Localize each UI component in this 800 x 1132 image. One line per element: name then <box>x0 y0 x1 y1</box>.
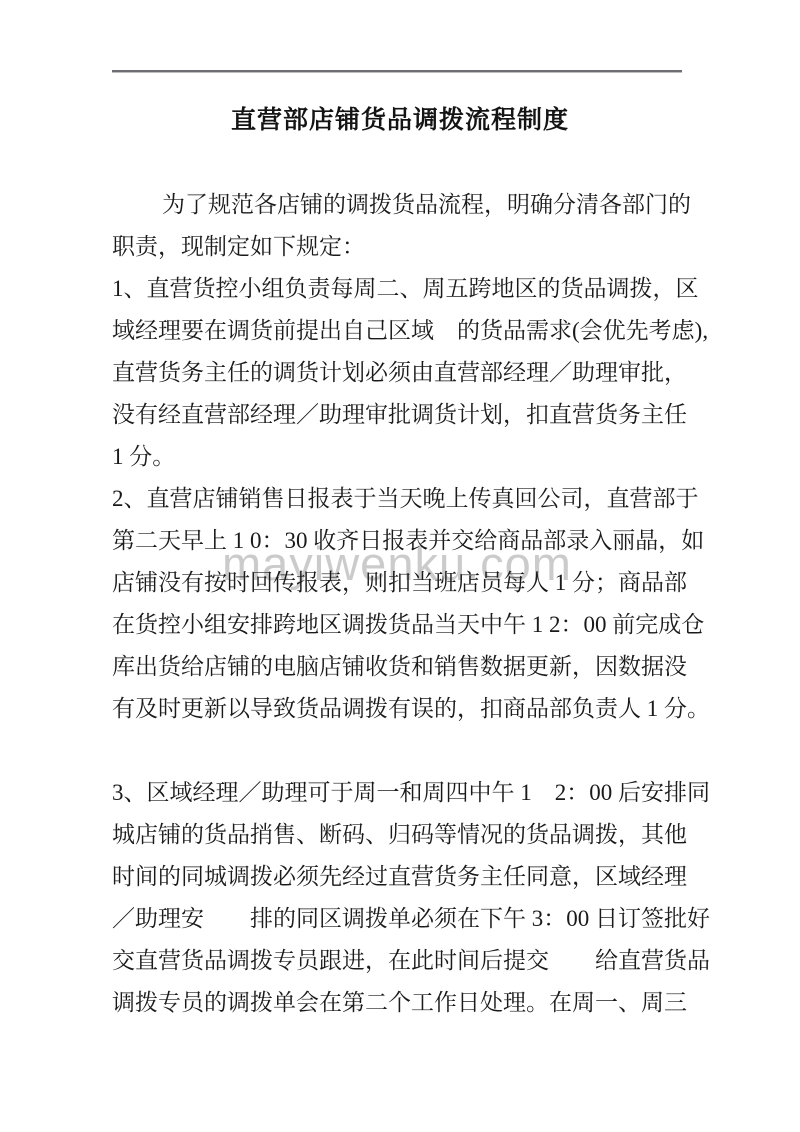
paragraph: 3、区域经理／助理可于周一和周四中午 1 2：00 后安排同城店铺的货品捎售、断… <box>112 772 688 1024</box>
text-line: 2、直营店铺销售日报表于当天晚上传真回公司，直营部于 <box>112 478 688 520</box>
text-line: 交直营货品调拨专员跟进，在此时间后提交 给直营货品 <box>112 940 688 982</box>
text-line: 店铺没有按时回传报表，则扣当班店员每人 1 分；商品部 <box>112 562 688 604</box>
header-rule <box>112 70 682 73</box>
text-line: 第二天早上 1 0：30 收齐日报表并交给商品部录入丽晶，如 <box>112 520 688 562</box>
text-line: 没有经直营部经理／助理审批调货计划，扣直营货务主任 <box>112 394 688 436</box>
text-line: 为了规范各店铺的调拨货品流程，明确分清各部门的 <box>112 184 688 226</box>
page-title: 直营部店铺货品调拨流程制度 <box>0 100 800 136</box>
text-line: 直营货务主任的调货计划必须由直营部经理／助理审批， <box>112 352 688 394</box>
text-line: 职责，现制定如下规定： <box>112 226 688 268</box>
text-line: 库出货给店铺的电脑店铺收货和销售数据更新，因数据没 <box>112 646 688 688</box>
paragraph: 1、直营货控小组负责每周二、周五跨地区的货品调拨，区域经理要在调货前提出自己区域… <box>112 268 688 478</box>
document-body: 为了规范各店铺的调拨货品流程，明确分清各部门的职责，现制定如下规定：1、直营货控… <box>112 184 688 1024</box>
text-line: 城店铺的货品捎售、断码、归码等情况的货品调拨，其他 <box>112 814 688 856</box>
text-line: 1、直营货控小组负责每周二、周五跨地区的货品调拨，区 <box>112 268 688 310</box>
text-line: 域经理要在调货前提出自己区域 的货品需求(会优先考虑), <box>112 310 688 352</box>
text-line: 1 分。 <box>112 436 688 478</box>
text-line: 3、区域经理／助理可于周一和周四中午 1 2：00 后安排同 <box>112 772 688 814</box>
text-line: 有及时更新以导致货品调拨有误的，扣商品部负责人 1 分。 <box>112 688 688 730</box>
text-line: ／助理安 排的同区调拨单必须在下午 3：00 日订签批好 <box>112 898 688 940</box>
text-line: 调拨专员的调拨单会在第二个工作日处理。在周一、周三 <box>112 982 688 1024</box>
paragraph: 为了规范各店铺的调拨货品流程，明确分清各部门的职责，现制定如下规定： <box>112 184 688 268</box>
text-line: 在货控小组安排跨地区调拨货品当天中午 1 2：00 前完成仓 <box>112 604 688 646</box>
document-page: 直营部店铺货品调拨流程制度 mayiwenku.com 为了规范各店铺的调拨货品… <box>0 0 800 1132</box>
text-line: 时间的同城调拨必须先经过直营货务主任同意，区域经理 <box>112 856 688 898</box>
paragraph: 2、直营店铺销售日报表于当天晚上传真回公司，直营部于第二天早上 1 0：30 收… <box>112 478 688 730</box>
